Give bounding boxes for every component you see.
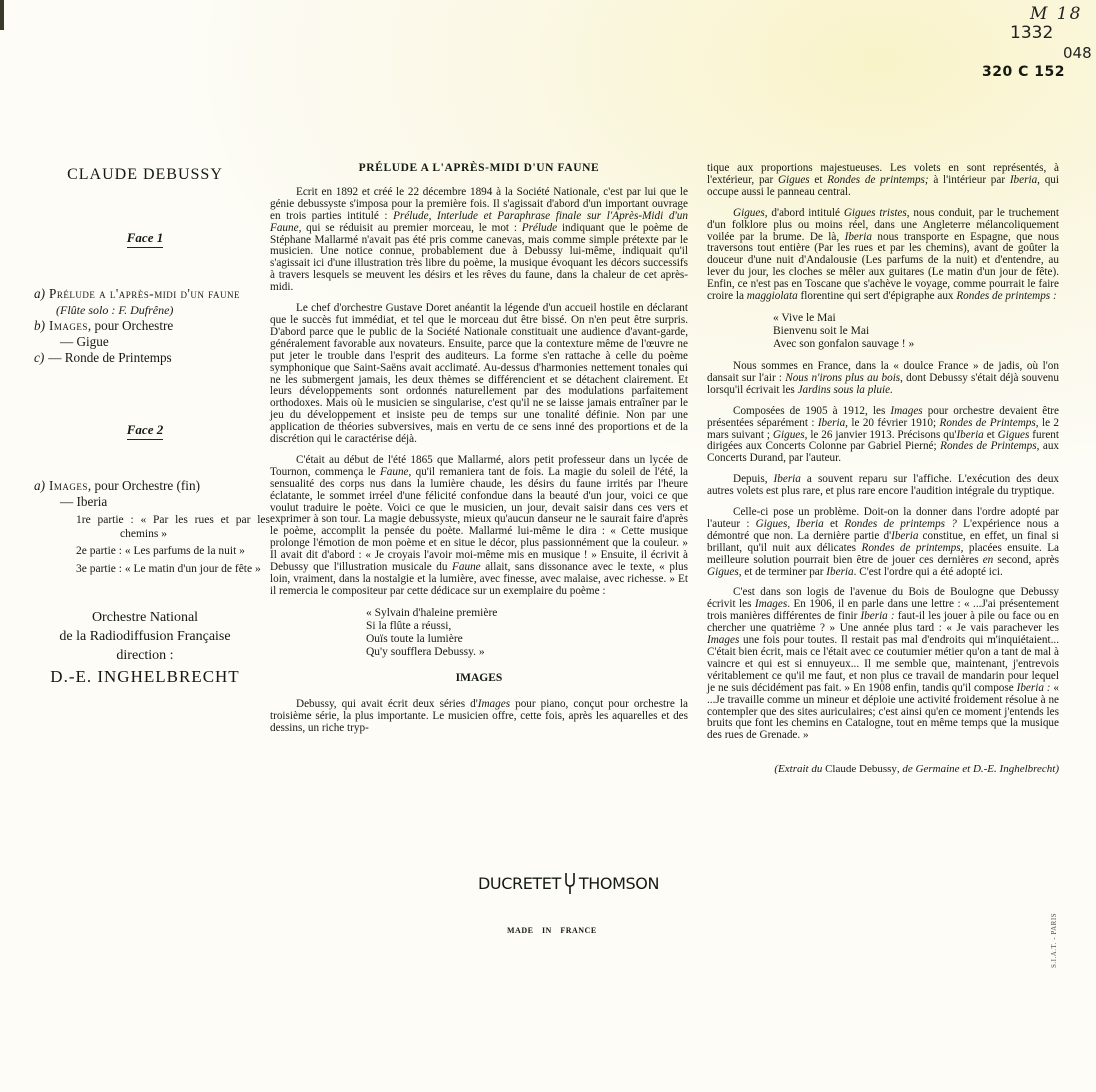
performers-credit: Orchestre National de la Radiodiffusion … <box>20 608 270 686</box>
handwritten-mark: M 18 <box>1030 4 1082 24</box>
track-title: Images <box>49 478 88 493</box>
face-2-heading: Face 2 <box>20 422 270 438</box>
track-title: Images <box>49 318 88 333</box>
face-1-tracks: a)Prélude a l'après-midi d'un faune (Flû… <box>20 286 270 366</box>
liner-notes-column-1: PRÉLUDE A L'APRÈS-MIDI D'UN FAUNE Ecrit … <box>270 163 688 743</box>
brand-name-right: THOMSON <box>579 874 659 893</box>
track-title: — Ronde de Printemps <box>48 350 171 365</box>
track-item: a)Images, pour Orchestre (fin) <box>20 478 270 494</box>
paragraph: Celle-ci pose un problème. Doit-on la do… <box>707 507 1059 578</box>
liner-notes-column-2: tique aux proportions majestueuses. Les … <box>707 163 1059 776</box>
section-heading-prelude: PRÉLUDE A L'APRÈS-MIDI D'UN FAUNE <box>270 163 688 175</box>
track-movement: — Gigue <box>20 334 270 350</box>
composer-name: CLAUDE DEBUSSY <box>20 166 270 184</box>
paragraph: tique aux proportions majestueuses. Les … <box>707 163 1059 199</box>
conductor-name: D.-E. INGHELBRECHT <box>20 667 270 686</box>
paragraph: Depuis, Iberia a souvent reparu sur l'af… <box>707 474 1059 498</box>
track-item: b)Images, pour Orchestre <box>20 318 270 334</box>
track-note: (Flûte solo : F. Dufrêne) <box>20 302 270 318</box>
paragraph: Gigues, d'abord intitulé Gigues tristes,… <box>707 208 1059 303</box>
page-edge-shadow <box>0 0 4 30</box>
brand-name-left: DUCRETET <box>478 874 561 893</box>
paragraph: C'est dans son logis de l'avenue du Bois… <box>707 587 1059 742</box>
track-listing-column: CLAUDE DEBUSSY Face 1 a)Prélude a l'aprè… <box>20 160 270 686</box>
source-citation: (Extrait du Claude Debussy, de Germaine … <box>707 764 1059 776</box>
part-item: 1re partie : « Par les rues et par les c… <box>76 514 270 541</box>
paragraph: Le chef d'orchestre Gustave Doret anéant… <box>270 303 688 446</box>
track-movement: — Iberia <box>20 494 270 510</box>
face-2-tracks: a)Images, pour Orchestre (fin) — Iberia … <box>20 478 270 576</box>
paragraph: C'était au début de l'été 1865 que Malla… <box>270 455 688 598</box>
handwritten-suffix: 048 <box>1063 44 1092 62</box>
paragraph: Ecrit en 1892 et créé le 22 décembre 189… <box>270 187 688 294</box>
track-item: c)— Ronde de Printemps <box>20 350 270 366</box>
tuning-fork-icon <box>564 872 576 894</box>
brand-logo: DUCRETET THOMSON <box>478 872 668 894</box>
track-item: a)Prélude a l'après-midi d'un faune <box>20 286 270 302</box>
iberia-parts: 1re partie : « Par les rues et par les c… <box>20 514 270 576</box>
made-in-france: MADE IN FRANCE <box>507 926 597 935</box>
poem-verse: « Sylvain d'haleine première Si la flûte… <box>270 607 688 659</box>
poem-verse: « Vive le Mai Bienvenu soit le Mai Avec … <box>707 312 1059 351</box>
paragraph: Debussy, qui avait écrit deux séries d'I… <box>270 699 688 735</box>
handwritten-number: 1332 <box>1010 23 1053 43</box>
part-item: 3e partie : « Le matin d'un jour de fête… <box>76 563 270 577</box>
part-item: 2e partie : « Les parfums de la nuit » <box>76 545 270 559</box>
face-1-heading: Face 1 <box>20 230 270 246</box>
printer-credit: S.I.A.T. - PARIS <box>1050 913 1058 968</box>
catalog-number: 320 C 152 <box>982 64 1065 80</box>
track-title: Prélude a l'après-midi d'un faune <box>49 286 240 301</box>
paragraph: Composées de 1905 à 1912, les Images pou… <box>707 406 1059 466</box>
paragraph: Nous sommes en France, dans la « doulce … <box>707 361 1059 397</box>
section-heading-images: IMAGES <box>270 673 688 685</box>
